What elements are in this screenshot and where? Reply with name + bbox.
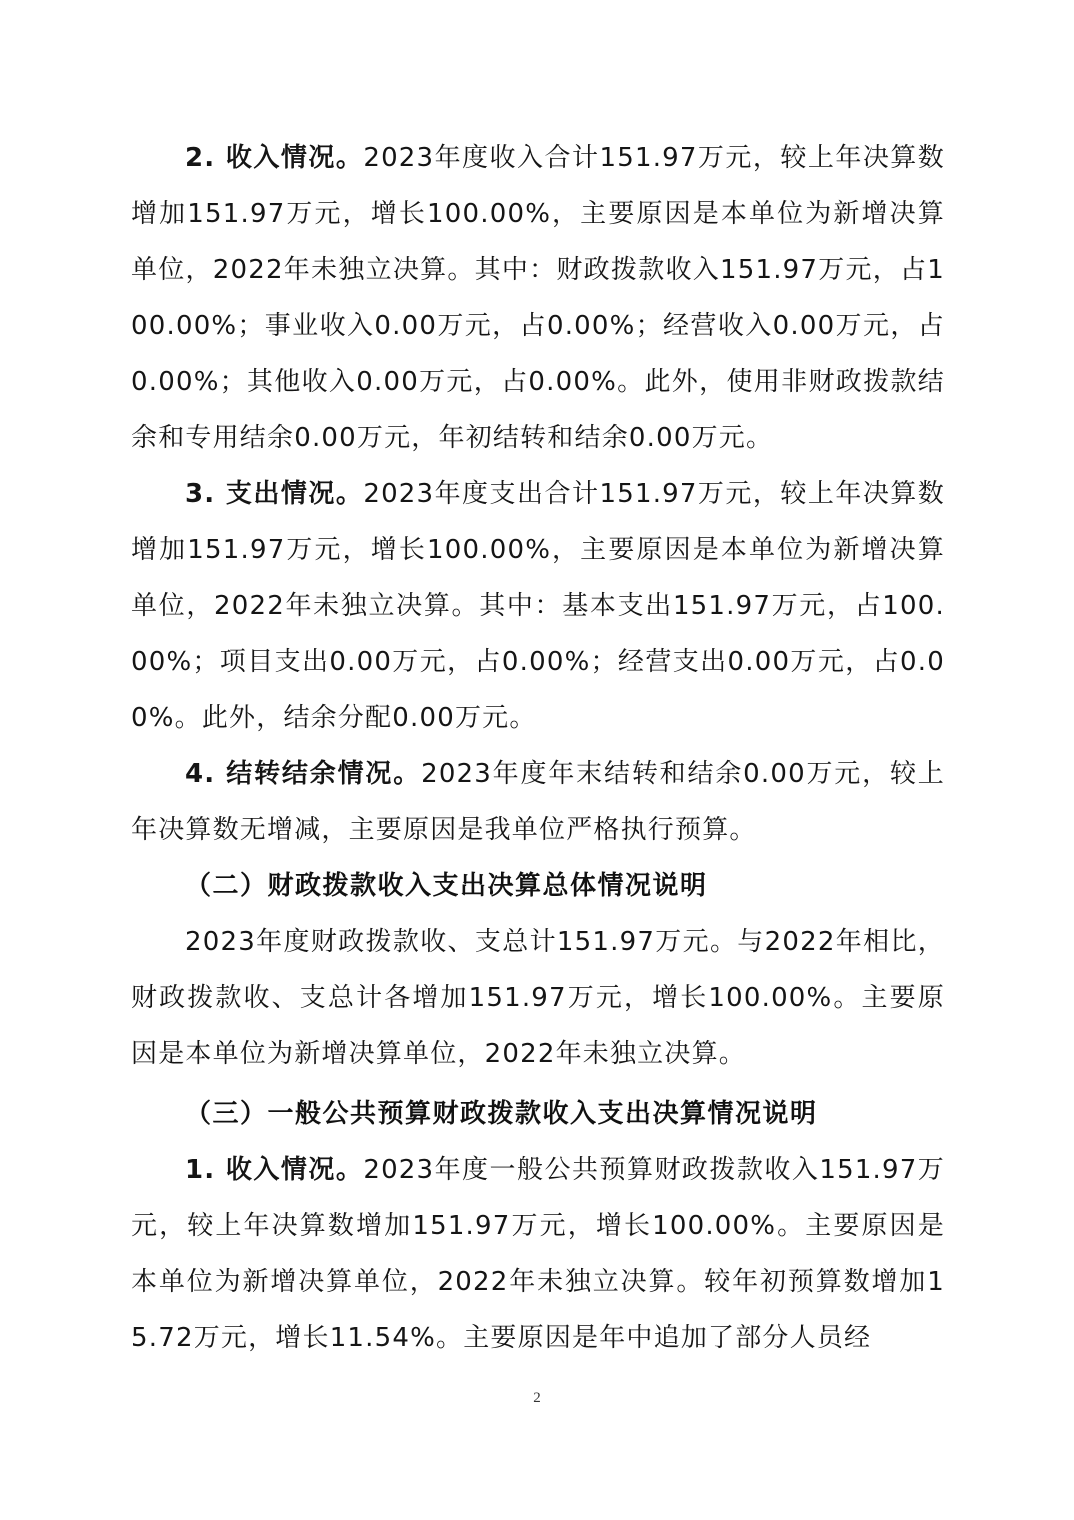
income-paragraph: 2. 收入情况。2023年度收入合计151.97万元，较上年决算数增加151.9… [131,130,945,466]
document-page: 2. 收入情况。2023年度收入合计151.97万元，较上年决算数增加151.9… [0,0,1074,1520]
page-number: 2 [0,1390,1074,1407]
expenditure-paragraph: 3. 支出情况。2023年度支出合计151.97万元，较上年决算数增加151.9… [131,466,945,746]
income-text: 2023年度收入合计151.97万元，较上年决算数增加151.97万元，增长10… [131,143,945,453]
section-heading-fiscal-overview: （二）财政拨款收入支出决算总体情况说明 [131,858,945,914]
carryover-lead: 4. 结转结余情况。 [185,759,421,789]
page-content: 2. 收入情况。2023年度收入合计151.97万元，较上年决算数增加151.9… [131,130,945,1366]
expenditure-lead: 3. 支出情况。 [185,479,363,509]
general-budget-income-paragraph: 1. 收入情况。2023年度一般公共预算财政拨款收入151.97万元，较上年决算… [131,1142,945,1366]
carryover-paragraph: 4. 结转结余情况。2023年度年末结转和结余0.00万元，较上年决算数无增减，… [131,746,945,858]
general-budget-income-lead: 1. 收入情况。 [185,1155,363,1185]
income-lead: 2. 收入情况。 [185,143,363,173]
expenditure-text: 2023年度支出合计151.97万元，较上年决算数增加151.97万元，增长10… [131,479,945,733]
fiscal-overview-paragraph: 2023年度财政拨款收、支总计151.97万元。与2022年相比，财政拨款收、支… [131,914,945,1082]
section-heading-general-budget: （三）一般公共预算财政拨款收入支出决算情况说明 [131,1086,945,1142]
